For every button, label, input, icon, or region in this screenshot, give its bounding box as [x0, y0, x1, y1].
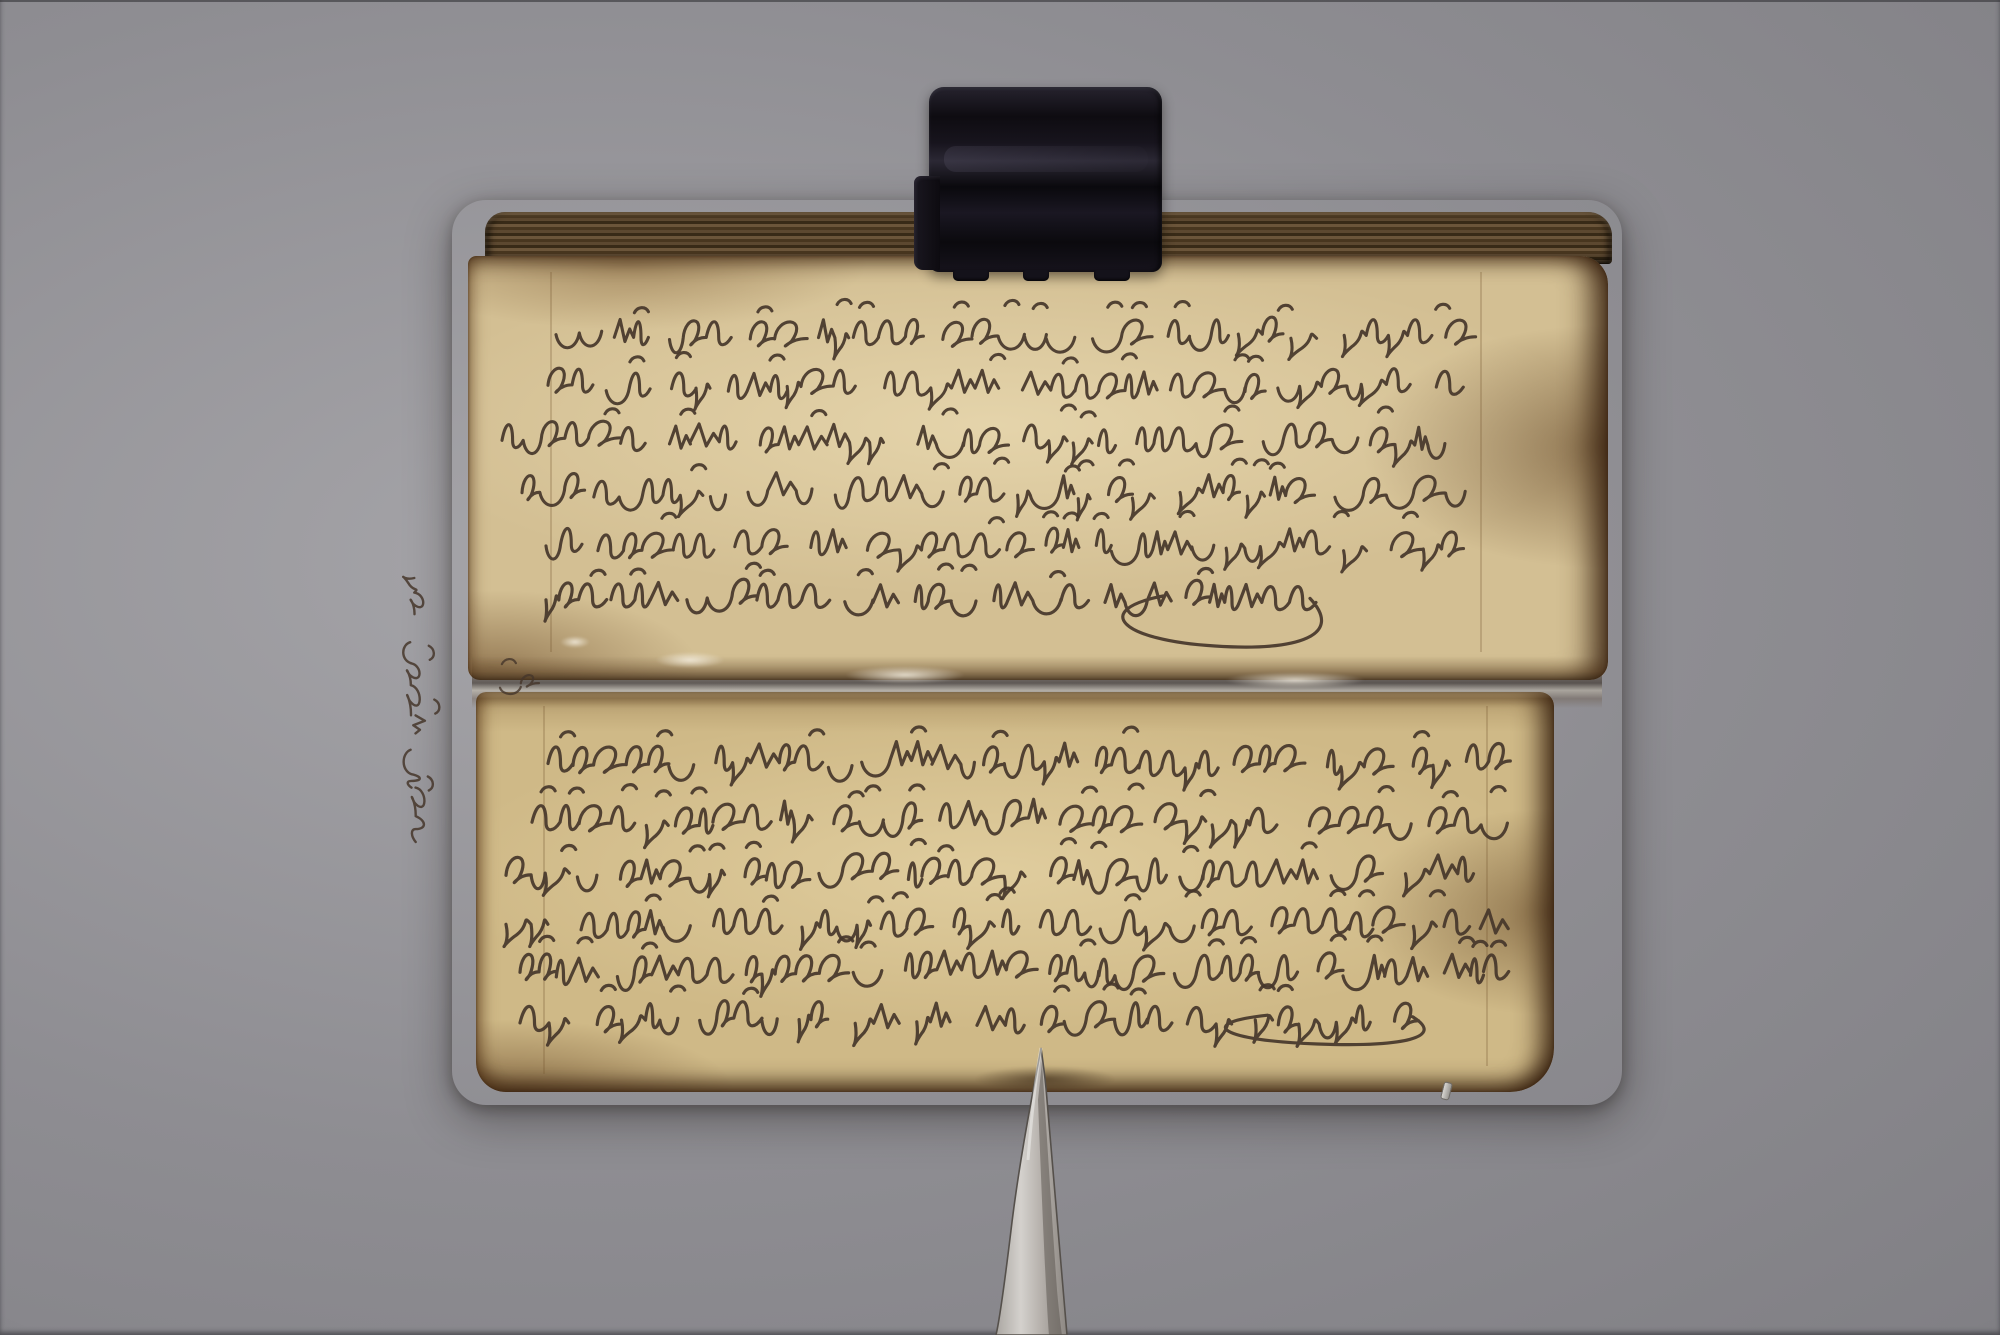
black-clip-sheen: [944, 146, 1148, 172]
handwriting-line: [546, 511, 1464, 572]
metal-blade: [996, 1048, 1067, 1335]
handwriting-group: [403, 299, 1510, 1046]
black-clip: [929, 87, 1162, 272]
black-clip-foot: [1094, 270, 1130, 281]
black-clip-foot: [1023, 270, 1049, 281]
handwriting-line: [506, 839, 1474, 899]
handwriting-line: [548, 727, 1510, 790]
handwriting-line: [556, 299, 1476, 359]
handwriting-line: [504, 888, 1508, 950]
handwriting-line: [532, 784, 1508, 848]
handwriting-line: [502, 405, 1445, 466]
black-clip-foot: [953, 270, 989, 281]
photo-backdrop: [0, 0, 2000, 1335]
handwriting-line: [522, 458, 1465, 520]
handwriting-line: [500, 659, 539, 694]
handwriting-line: [545, 563, 1322, 647]
handwriting-line: [520, 935, 1509, 996]
handwriting-line: [403, 577, 439, 842]
handwriting-line: [520, 984, 1424, 1046]
handwriting-line: [548, 353, 1463, 410]
black-clip-step: [914, 176, 940, 270]
